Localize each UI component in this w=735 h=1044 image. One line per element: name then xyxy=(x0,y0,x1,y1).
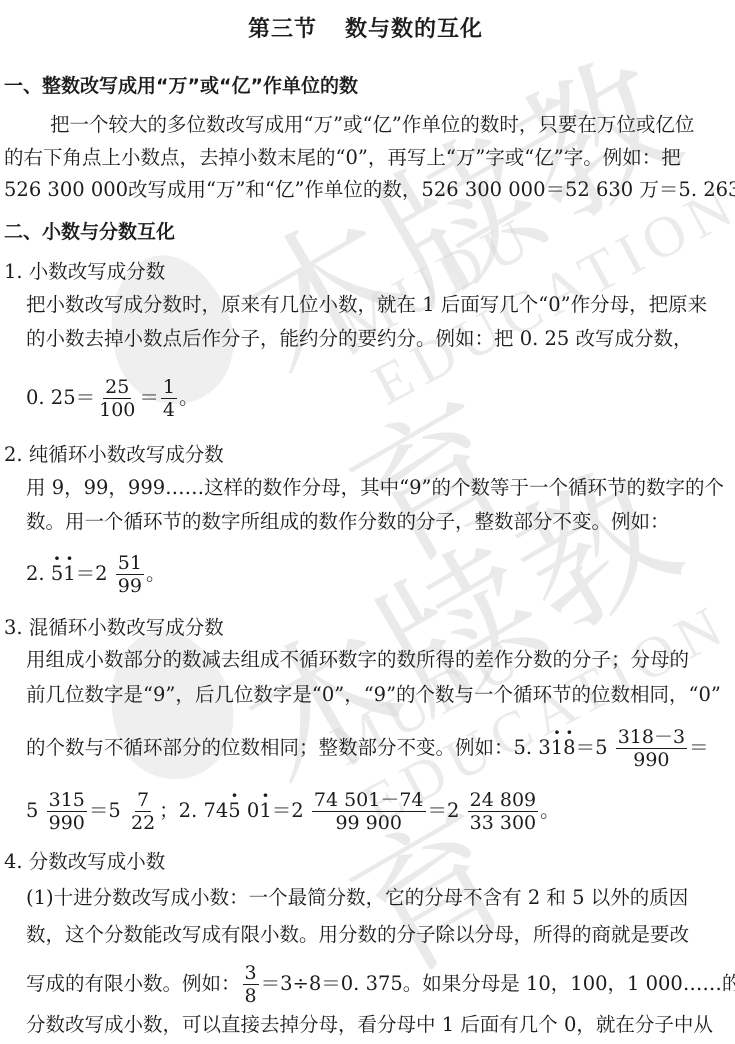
repeating-digit: 1 xyxy=(551,734,563,762)
paragraph-line: (1)十进分数改写成小数：一个最简分数，它的分母不含有 2 和 5 以外的质因 xyxy=(26,884,688,912)
math-example: 0. 25＝25100＝14。 xyxy=(26,376,199,421)
fraction: 722 xyxy=(129,789,157,834)
math-example: 写成的有限小数。例如：38＝3÷8＝0. 375。如果分母是 10，100，1 … xyxy=(26,962,735,1007)
subsection-title: 1. 小数改写成分数 xyxy=(4,258,165,286)
section-number: 第三节 xyxy=(248,17,317,42)
paragraph-line: 的右下角点上小数点，去掉小数末尾的“0”，再写上“万”字或“亿”字。例如：把 xyxy=(4,144,681,172)
section-heading-1: 一、整数改写成用“万”或“亿”作单位的数 xyxy=(4,72,358,100)
paragraph-line: 分数改写成小数，可以直接去掉分母，看分母中 1 后面有几个 0，就在分子中从 xyxy=(26,1011,713,1039)
math-example: 5 315990＝5 722；2. 745 01＝2 74 501－7499 9… xyxy=(26,789,560,834)
fraction: 318－3990 xyxy=(616,726,687,771)
paragraph-line: 用 9，99，999……这样的数作分母，其中“9”的个数等于一个循环节的数字的个 xyxy=(26,474,724,502)
repeating-digit: 1 xyxy=(259,797,271,825)
fraction: 25100 xyxy=(97,376,137,421)
paragraph-line: 把一个较大的多位数改写成用“万”或“亿”作单位的数时，只要在万位或亿位 xyxy=(50,111,694,139)
math-example: 2. 51＝2 5199。 xyxy=(26,552,165,597)
fraction: 74 501－7499 900 xyxy=(312,789,426,834)
fraction: 24 80933 300 xyxy=(468,789,538,834)
paragraph-line: 用组成小数部分的数减去组成不循环数字的数所得的差作分数的分子；分母的 xyxy=(26,646,689,674)
fraction: 14 xyxy=(161,376,177,421)
fraction: 5199 xyxy=(116,552,144,597)
paragraph-line: 的小数去掉小数点后作分子，能约分的要约分。例如：把 0. 25 改写成分数， xyxy=(26,325,693,353)
paragraph-line: 前几位数字是“9”，后几位数字是“0”，“9”的个数与一个循环节的位数相同，“0… xyxy=(26,681,721,709)
repeating-digit: 5 xyxy=(228,797,240,825)
paragraph-line: 数，这个分数能改写成有限小数。用分数的分子除以分母，所得的商就是要改 xyxy=(26,921,689,949)
subsection-title: 4. 分数改写成小数 xyxy=(4,848,165,876)
section-title: 数与数的互化 xyxy=(345,17,483,42)
paragraph-line: 把小数改写成分数时，原来有几位小数，就在 1 后面写几个“0”作分母，把原来 xyxy=(26,291,707,319)
math-example: 的个数与不循环部分的位数相同；整数部分不变。例如：5. 318＝5 318－39… xyxy=(26,726,709,771)
paragraph-line: 数。用一个循环节的数字所组成的数作分数的分子，整数部分不变。例如： xyxy=(26,508,670,536)
fraction: 315990 xyxy=(47,789,87,834)
repeating-digit: 5 xyxy=(51,560,63,588)
fraction: 38 xyxy=(243,962,259,1007)
section-heading-2: 二、小数与分数互化 xyxy=(4,218,175,246)
repeating-digit: 1 xyxy=(63,560,75,588)
page-title: 第三节数与数的互化 xyxy=(248,16,483,44)
paragraph-line: 526 300 000改写成用“万”和“亿”作单位的数，526 300 000＝… xyxy=(4,176,735,204)
subsection-title: 2. 纯循环小数改写成分数 xyxy=(4,441,224,469)
subsection-title: 3. 混循环小数改写成分数 xyxy=(4,614,224,642)
repeating-digit: 8 xyxy=(563,734,575,762)
